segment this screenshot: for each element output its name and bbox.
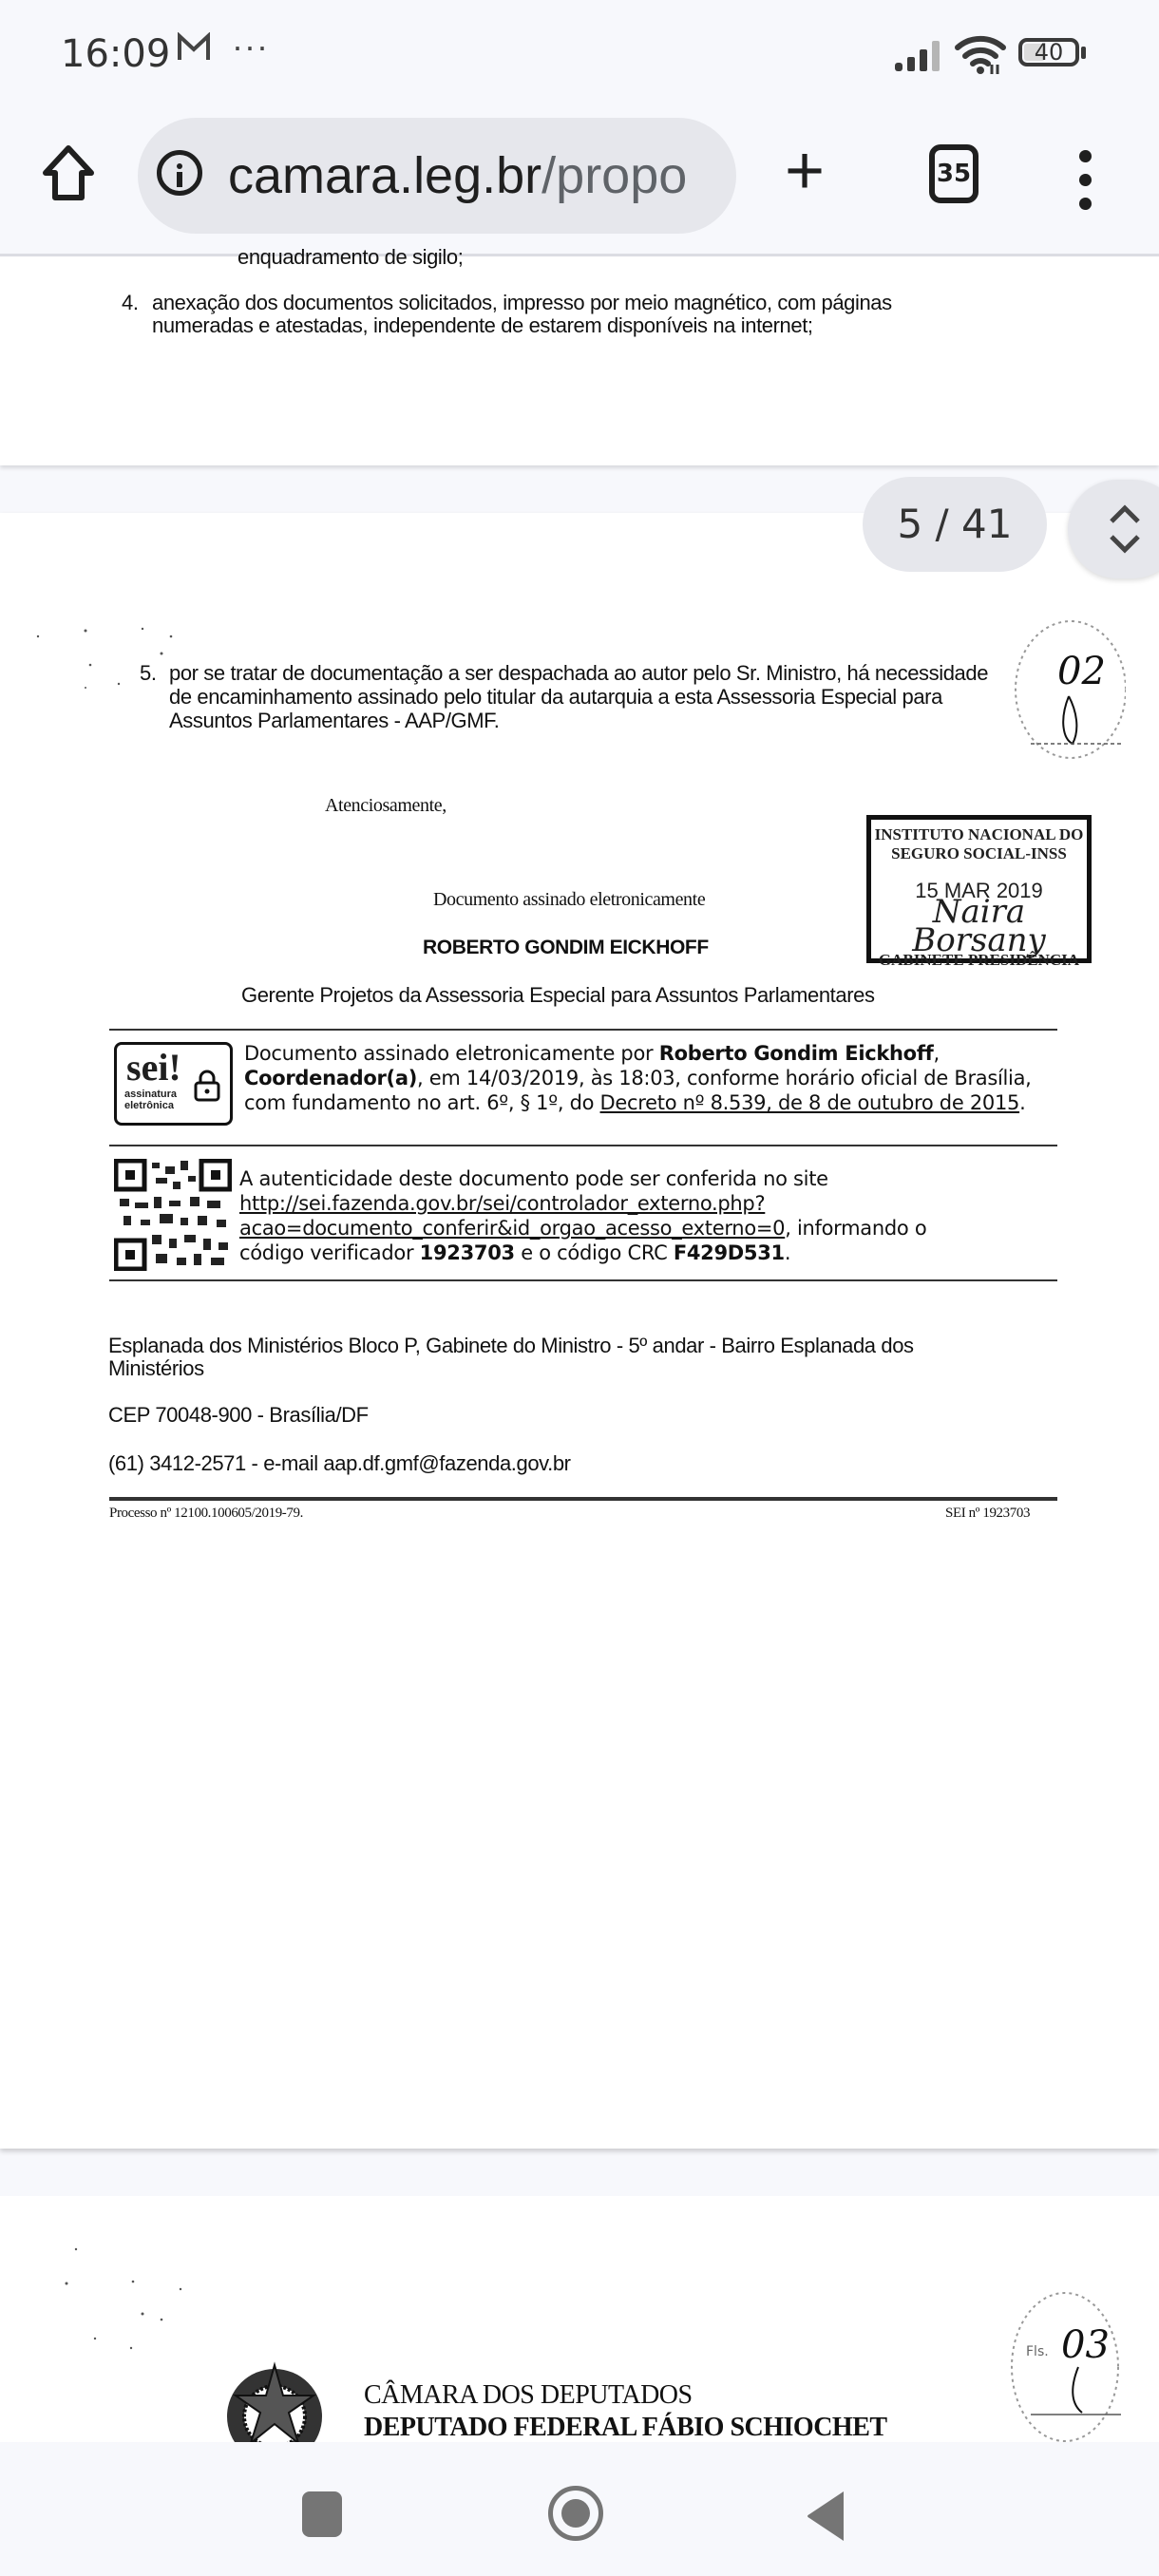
system-navigation-bar (0, 2442, 1159, 2576)
recent-apps-button[interactable] (302, 2491, 342, 2537)
home-button[interactable] (36, 141, 101, 205)
page-nav-button[interactable] (1068, 480, 1159, 578)
stamp-line3: GABINETE PRESIDÊNCIA (871, 951, 1087, 970)
folio-stamp: Fls.03 (1002, 2282, 1126, 2443)
header-line1: CÂMARA DOS DEPUTADOS (364, 2380, 693, 2411)
footer-divider (109, 1497, 1057, 1501)
battery-tip (1081, 47, 1086, 59)
more-menu-button[interactable] (1079, 150, 1092, 221)
stamp-line2: SEGURO SOCIAL-INSS (871, 844, 1087, 863)
back-button[interactable] (806, 2490, 845, 2548)
sei-signer-role: Coordenador(a) (244, 1067, 417, 1089)
divider (109, 1145, 1057, 1146)
battery-icon: 40 (1018, 38, 1079, 66)
list-item-4-line1: anexação dos documentos solicitados, imp… (152, 291, 892, 315)
cut-off-text: enquadramento de sigilo; (237, 245, 463, 270)
menu-dot (1079, 150, 1092, 162)
menu-dot (1079, 198, 1092, 210)
address-line1: Esplanada dos Ministérios Bloco P, Gabin… (108, 1334, 914, 1358)
svg-text:Fls.: Fls. (1026, 2344, 1049, 2359)
header-line2: DEPUTADO FEDERAL FÁBIO SCHIOCHET (364, 2413, 887, 2443)
home-nav-button[interactable] (548, 2486, 603, 2541)
svg-text:02: 02 (1057, 650, 1106, 693)
status-bar: 16:09 ··· 40 (0, 0, 1159, 104)
divider (109, 1029, 1057, 1031)
pdf-page-6: CÂMARA DOS DEPUTADOS DEPUTADO FEDERAL FÁ… (0, 2196, 1159, 2443)
new-tab-button[interactable]: + (785, 142, 825, 199)
verifier-code: 1923703 (420, 1241, 515, 1264)
qr-code (114, 1159, 232, 1271)
tab-switcher-button[interactable]: 35 (929, 144, 978, 203)
site-info-icon[interactable] (157, 150, 202, 196)
back-triangle-icon (806, 2490, 845, 2543)
decree-link[interactable]: Decreto nº 8.539, de 8 de outubro de 201… (600, 1091, 1020, 1114)
auth-text-part: e o código CRC (515, 1241, 674, 1264)
closing-text: Atenciosamente, (325, 795, 446, 817)
list-item-5-line3: Assuntos Parlamentares - AAP/GMF. (169, 709, 500, 733)
sei-signature-text: Documento assinado eletronicamente por R… (244, 1041, 1033, 1115)
verification-link[interactable]: http://sei.fazenda.gov.br/sei/controlado… (239, 1192, 765, 1215)
signed-note: Documento assinado eletronicamente (433, 889, 705, 911)
pdf-page-4: enquadramento de sigilo; 4. anexação dos… (0, 256, 1159, 465)
stamp-line1: INSTITUTO NACIONAL DO (871, 825, 1087, 844)
divider (109, 1279, 1057, 1281)
cell-signal-icon (893, 38, 946, 77)
coat-of-arms (218, 2358, 331, 2443)
auth-text-part: , informando o (785, 1217, 926, 1240)
crc-code: F429D531 (674, 1241, 785, 1264)
url-path: /propo (541, 147, 687, 204)
cep: CEP 70048-900 - Brasília/DF (108, 1403, 369, 1428)
folio-stamp: 02 (1002, 616, 1126, 767)
stamp-signature: Naira Borsany (871, 898, 1087, 955)
scan-noise (19, 2244, 209, 2358)
address-bar[interactable]: camara.leg.br/propo (138, 118, 736, 234)
page-counter: 5 / 41 (863, 477, 1047, 572)
url-domain: camara.leg.br (228, 147, 541, 204)
auth-text-part: A autenticidade deste documento pode ser… (239, 1167, 828, 1190)
pdf-page-5: 5. por se tratar de documentação a ser d… (0, 513, 1159, 2149)
clock: 16:09 (61, 32, 170, 76)
list-item-5-line1: por se tratar de documentação a ser desp… (169, 661, 988, 686)
svg-text:03: 03 (1061, 2323, 1110, 2367)
footer-sei-number: SEI nº 1923703 (945, 1506, 1030, 1522)
auth-text-part: . (785, 1241, 790, 1264)
home-circle-icon (561, 2499, 590, 2528)
more-notifications-icon: ··· (232, 27, 269, 66)
wifi-icon (954, 34, 1007, 81)
menu-dot (1079, 174, 1092, 186)
sei-authenticity-text: A autenticidade deste documento pode ser… (239, 1166, 1056, 1265)
sei-logo-sub2: eletrônica (124, 1100, 174, 1111)
list-item-4-line2: numeradas e atestadas, independente de e… (152, 313, 813, 338)
signer-name: ROBERTO GONDIM EICKHOFF (423, 937, 709, 959)
sei-logo-text: sei! (126, 1047, 181, 1089)
sei-logo-sub1: assinatura (124, 1089, 177, 1100)
contact: (61) 3412-2571 - e-mail aap.df.gmf@fazen… (108, 1451, 571, 1476)
list-number: 4. (122, 291, 139, 315)
sei-text-part: , (934, 1042, 940, 1065)
list-item-5-line2: de encaminhamento assinado pelo titular … (169, 685, 942, 710)
address-line2: Ministérios (108, 1356, 204, 1381)
auth-text-part: código verificador (239, 1241, 420, 1264)
verification-link-cont[interactable]: acao=documento_conferir&id_orgao_acesso_… (239, 1217, 785, 1240)
sei-logo: sei! assinatura eletrônica (114, 1042, 233, 1126)
padlock-icon (193, 1070, 221, 1102)
sei-text-part: Documento assinado eletronicamente por (244, 1042, 659, 1065)
sei-signer-name: Roberto Gondim Eickhoff (659, 1042, 934, 1065)
sei-text-part: . (1019, 1091, 1025, 1114)
list-number: 5. (140, 661, 157, 686)
footer-process: Processo nº 12100.100605/2019-79. (109, 1506, 303, 1522)
battery-level: 40 (1022, 39, 1075, 66)
url-text[interactable]: camara.leg.br/propo (228, 146, 687, 205)
chevron-up-down-icon (1106, 499, 1144, 559)
home-icon (36, 141, 101, 205)
gmail-icon (177, 32, 211, 71)
inss-receipt-stamp: INSTITUTO NACIONAL DO SEGURO SOCIAL-INSS… (866, 815, 1092, 963)
signer-role: Gerente Projetos da Assessoria Especial … (241, 983, 875, 1008)
